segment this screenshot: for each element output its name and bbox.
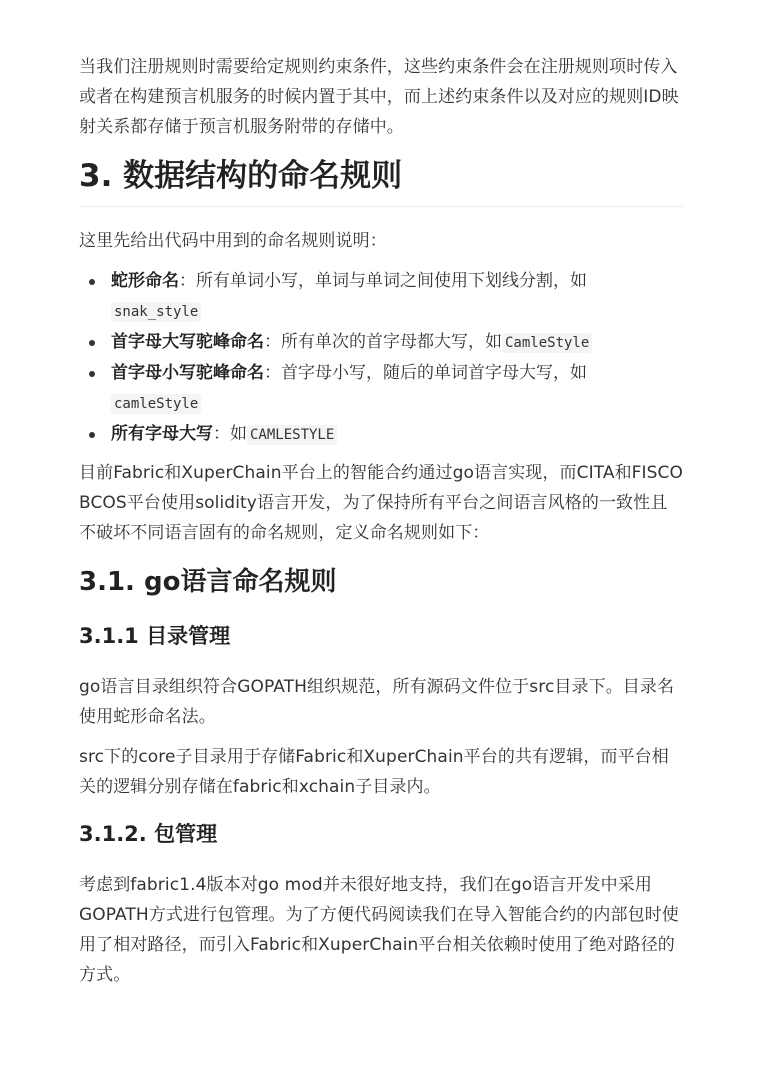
list-item: 首字母大写驼峰命名：所有单次的首字母都大写，如CamleStyle [111, 327, 715, 358]
naming-rules-list: 蛇形命名：所有单词小写，单词与单词之间使用下划线分割，如snak_style 首… [79, 266, 715, 450]
list-item: 所有字母大写：如CAMLESTYLE [111, 419, 715, 450]
rule-separator: ： [264, 363, 281, 383]
rule-separator: ： [264, 332, 281, 352]
rule-term: 首字母大写驼峰命名 [111, 332, 264, 352]
rule-term: 所有字母大写 [111, 424, 213, 444]
intro-paragraph: 当我们注册规则时需要给定规则约束条件，这些约束条件会在注册规则项时传入或者在构建… [79, 52, 683, 142]
platforms-paragraph: 目前Fabric和XuperChain平台上的智能合约通过go语言实现，而CIT… [79, 458, 683, 548]
naming-rules-lead: 这里先给出代码中用到的命名规则说明： [79, 226, 387, 256]
directory-paragraph: go语言目录组织符合GOPATH组织规范，所有源码文件位于src目录下。目录名使… [79, 672, 683, 732]
rule-separator: ： [213, 424, 230, 444]
rule-description: 首字母小写，随后的单词首字母大写，如 [281, 363, 587, 383]
rule-description: 如 [230, 424, 247, 444]
package-management-paragraph: 考虑到fabric1.4版本对go mod并未很好地支持，我们在go语言开发中采… [79, 870, 683, 990]
rule-separator: ： [179, 271, 196, 291]
rule-description: 所有单次的首字母都大写，如 [281, 332, 502, 352]
rule-example-code: CamleStyle [502, 333, 592, 353]
section-3-1-1-heading: 3.1.1 目录管理 [79, 620, 230, 652]
rule-example-code: snak_style [111, 302, 201, 322]
section-3-1-heading: 3.1. go语言命名规则 [79, 562, 336, 602]
list-item: 蛇形命名：所有单词小写，单词与单词之间使用下划线分割，如snak_style [111, 266, 715, 327]
rule-description: 所有单词小写，单词与单词之间使用下划线分割，如 [196, 271, 587, 291]
section-3-heading: 3. 数据结构的命名规则 [79, 154, 683, 207]
rule-term: 首字母小写驼峰命名 [111, 363, 264, 383]
core-directory-paragraph: src下的core子目录用于存储Fabric和XuperChain平台的共有逻辑… [79, 742, 683, 802]
section-3-1-2-heading: 3.1.2. 包管理 [79, 818, 217, 850]
rule-example-code: CAMLESTYLE [247, 425, 337, 445]
rule-term: 蛇形命名 [111, 271, 179, 291]
list-item: 首字母小写驼峰命名：首字母小写，随后的单词首字母大写，如camleStyle [111, 358, 715, 419]
document-page: 当我们注册规则时需要给定规则约束条件，这些约束条件会在注册规则项时传入或者在构建… [0, 0, 760, 1074]
rule-example-code: camleStyle [111, 394, 201, 414]
